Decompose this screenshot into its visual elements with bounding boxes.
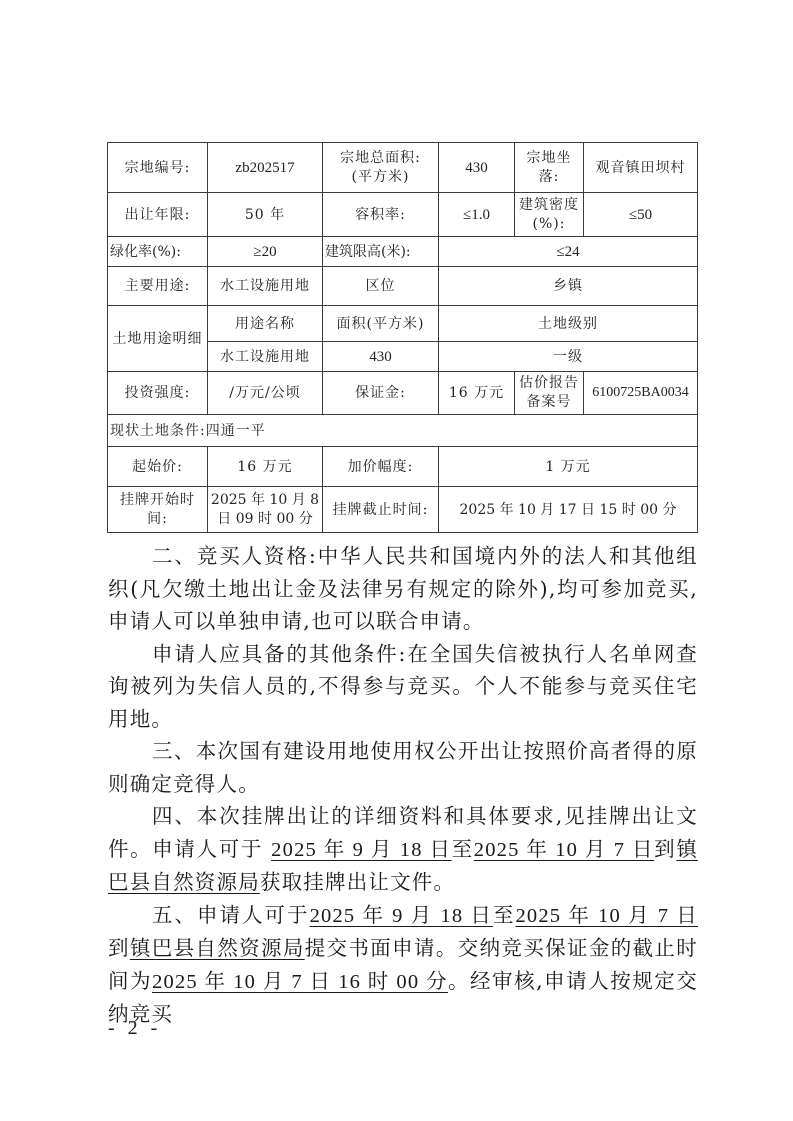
location-label: 宗地坐 落: [515,143,584,193]
deposit: 16 万元 [439,372,515,415]
listing-start-line1: 2025 年 10 月 8 [210,491,320,510]
table-row: 投资强度: /万元/公顷 保证金: 16 万元 估价报告 备案号 6100725… [108,372,698,415]
location-label-line2: 落: [517,168,581,187]
green: ≥20 [208,237,323,267]
zone-label: 区位 [323,267,439,306]
parcel-no-label: 宗地编号: [108,143,208,193]
table-row: 土地用途明细 用途名称 面积(平方米) 土地级别 [108,306,698,342]
listing-end: 2025 年 10 月 17 日 15 时 00 分 [439,487,698,533]
body-text: 二、竞买人资格:中华人民共和国境内外的法人和其他组织(凡欠缴土地出让金及法律另有… [108,540,698,1031]
density: ≤50 [584,193,698,237]
table-row: 起始价: 16 万元 加价幅度: 1 万元 [108,447,698,487]
far: ≤1.0 [439,193,515,237]
p5-at: 到 [108,936,130,960]
total-area-label-line1: 宗地总面积: [325,149,436,168]
location-label-line1: 宗地坐 [517,149,581,168]
term: 50 年 [208,193,323,237]
total-area-label-line2: (平方米) [325,168,436,187]
paragraph-winner-rule: 三、本次国有建设用地使用权公开出让按照价高者得的原则确定竞得人。 [108,735,698,800]
listing-start-line2: 日 09 时 00 分 [210,510,320,529]
far-label: 容积率: [323,193,439,237]
listing-start: 2025 年 10 月 8 日 09 时 00 分 [208,487,323,533]
use-name: 水工设施用地 [208,342,323,372]
density-label-line1: 建筑密度 [517,196,581,215]
paragraph-bidder-qualification: 二、竞买人资格:中华人民共和国境内外的法人和其他组织(凡欠缴土地出让金及法律另有… [108,540,698,638]
listing-start-label-line2: 间: [110,510,205,529]
report-label-line1: 估价报告 [517,374,581,393]
deposit-label: 保证金: [323,372,439,415]
p5-deadline: 2025 年 10 月 7 日 16 时 00 分 [152,971,448,993]
parcel-no: zb202517 [208,143,323,193]
listing-start-label: 挂牌开始时 间: [108,487,208,533]
land-condition: 现状土地条件:四通一平 [108,415,698,447]
listing-start-label-line1: 挂牌开始时 [110,491,205,510]
increment: 1 万元 [439,447,698,487]
green-label: 绿化率(%): [108,237,208,267]
location: 观音镇田坝村 [584,143,698,193]
table-row: 主要用途: 水工设施用地 区位 乡镇 [108,267,698,306]
table-row: 现状土地条件:四通一平 [108,415,698,447]
p4-to: 至 [452,837,474,861]
start-price-label: 起始价: [108,447,208,487]
p5-to: 至 [493,903,516,927]
total-area-label: 宗地总面积: (平方米) [323,143,439,193]
use-label: 主要用途: [108,267,208,306]
land-parcel-table: 宗地编号: zb202517 宗地总面积: (平方米) 430 宗地坐 落: 观… [107,142,698,533]
p4-date-to: 2025 年 10 月 7 日 [474,839,654,861]
table-row: 挂牌开始时 间: 2025 年 10 月 8 日 09 时 00 分 挂牌截止时… [108,487,698,533]
term-label: 出让年限: [108,193,208,237]
invest: /万元/公顷 [208,372,323,415]
total-area: 430 [439,143,515,193]
land-grade: 一级 [439,342,698,372]
col-area: 面积(平方米) [323,306,439,342]
p5-date-from: 2025 年 9 月 18 日 [310,905,493,927]
zone: 乡镇 [439,267,698,306]
p5-date-to: 2025 年 10 月 7 日 [515,905,698,927]
height-label: 建筑限高(米): [323,237,439,267]
use-area: 430 [323,342,439,372]
table-row: 绿化率(%): ≥20 建筑限高(米): ≤24 [108,237,698,267]
use-detail-label: 土地用途明细 [108,306,208,372]
p5-text-a: 五、申请人可于 [152,903,310,927]
col-grade: 土地级别 [439,306,698,342]
report-no: 6100725BA0034 [584,372,698,415]
paragraph-other-conditions: 申请人应具备的其他条件:在全国失信被执行人名单网查询被列为失信人员的,不得参与竞… [108,638,698,736]
start-price: 16 万元 [208,447,323,487]
invest-label: 投资强度: [108,372,208,415]
table-row: 出让年限: 50 年 容积率: ≤1.0 建筑密度 (%): ≤50 [108,193,698,237]
p5-office: 镇巴县自然资源局 [130,936,305,960]
p4-text-b: 获取挂牌出让文件。 [260,870,455,894]
page-number: - 2 - [108,1017,161,1040]
main-use: 水工设施用地 [208,267,323,306]
paragraph-documents: 四、本次挂牌出让的详细资料和具体要求,见挂牌出让文件。申请人可于 2025 年 … [108,800,698,899]
p4-date-from: 2025 年 9 月 18 日 [271,839,451,861]
document-page: 宗地编号: zb202517 宗地总面积: (平方米) 430 宗地坐 落: 观… [0,0,793,1121]
paragraph-application: 五、申请人可于2025 年 9 月 18 日至2025 年 10 月 7 日到镇… [108,899,698,1031]
col-use-name: 用途名称 [208,306,323,342]
density-label: 建筑密度 (%): [515,193,584,237]
report-label-line2: 备案号 [517,393,581,412]
density-label-line2: (%): [517,215,581,234]
increment-label: 加价幅度: [323,447,439,487]
p4-at: 到 [654,837,676,861]
report-label: 估价报告 备案号 [515,372,584,415]
table-row: 宗地编号: zb202517 宗地总面积: (平方米) 430 宗地坐 落: 观… [108,143,698,193]
listing-end-label: 挂牌截止时间: [323,487,439,533]
height-limit: ≤24 [439,237,698,267]
